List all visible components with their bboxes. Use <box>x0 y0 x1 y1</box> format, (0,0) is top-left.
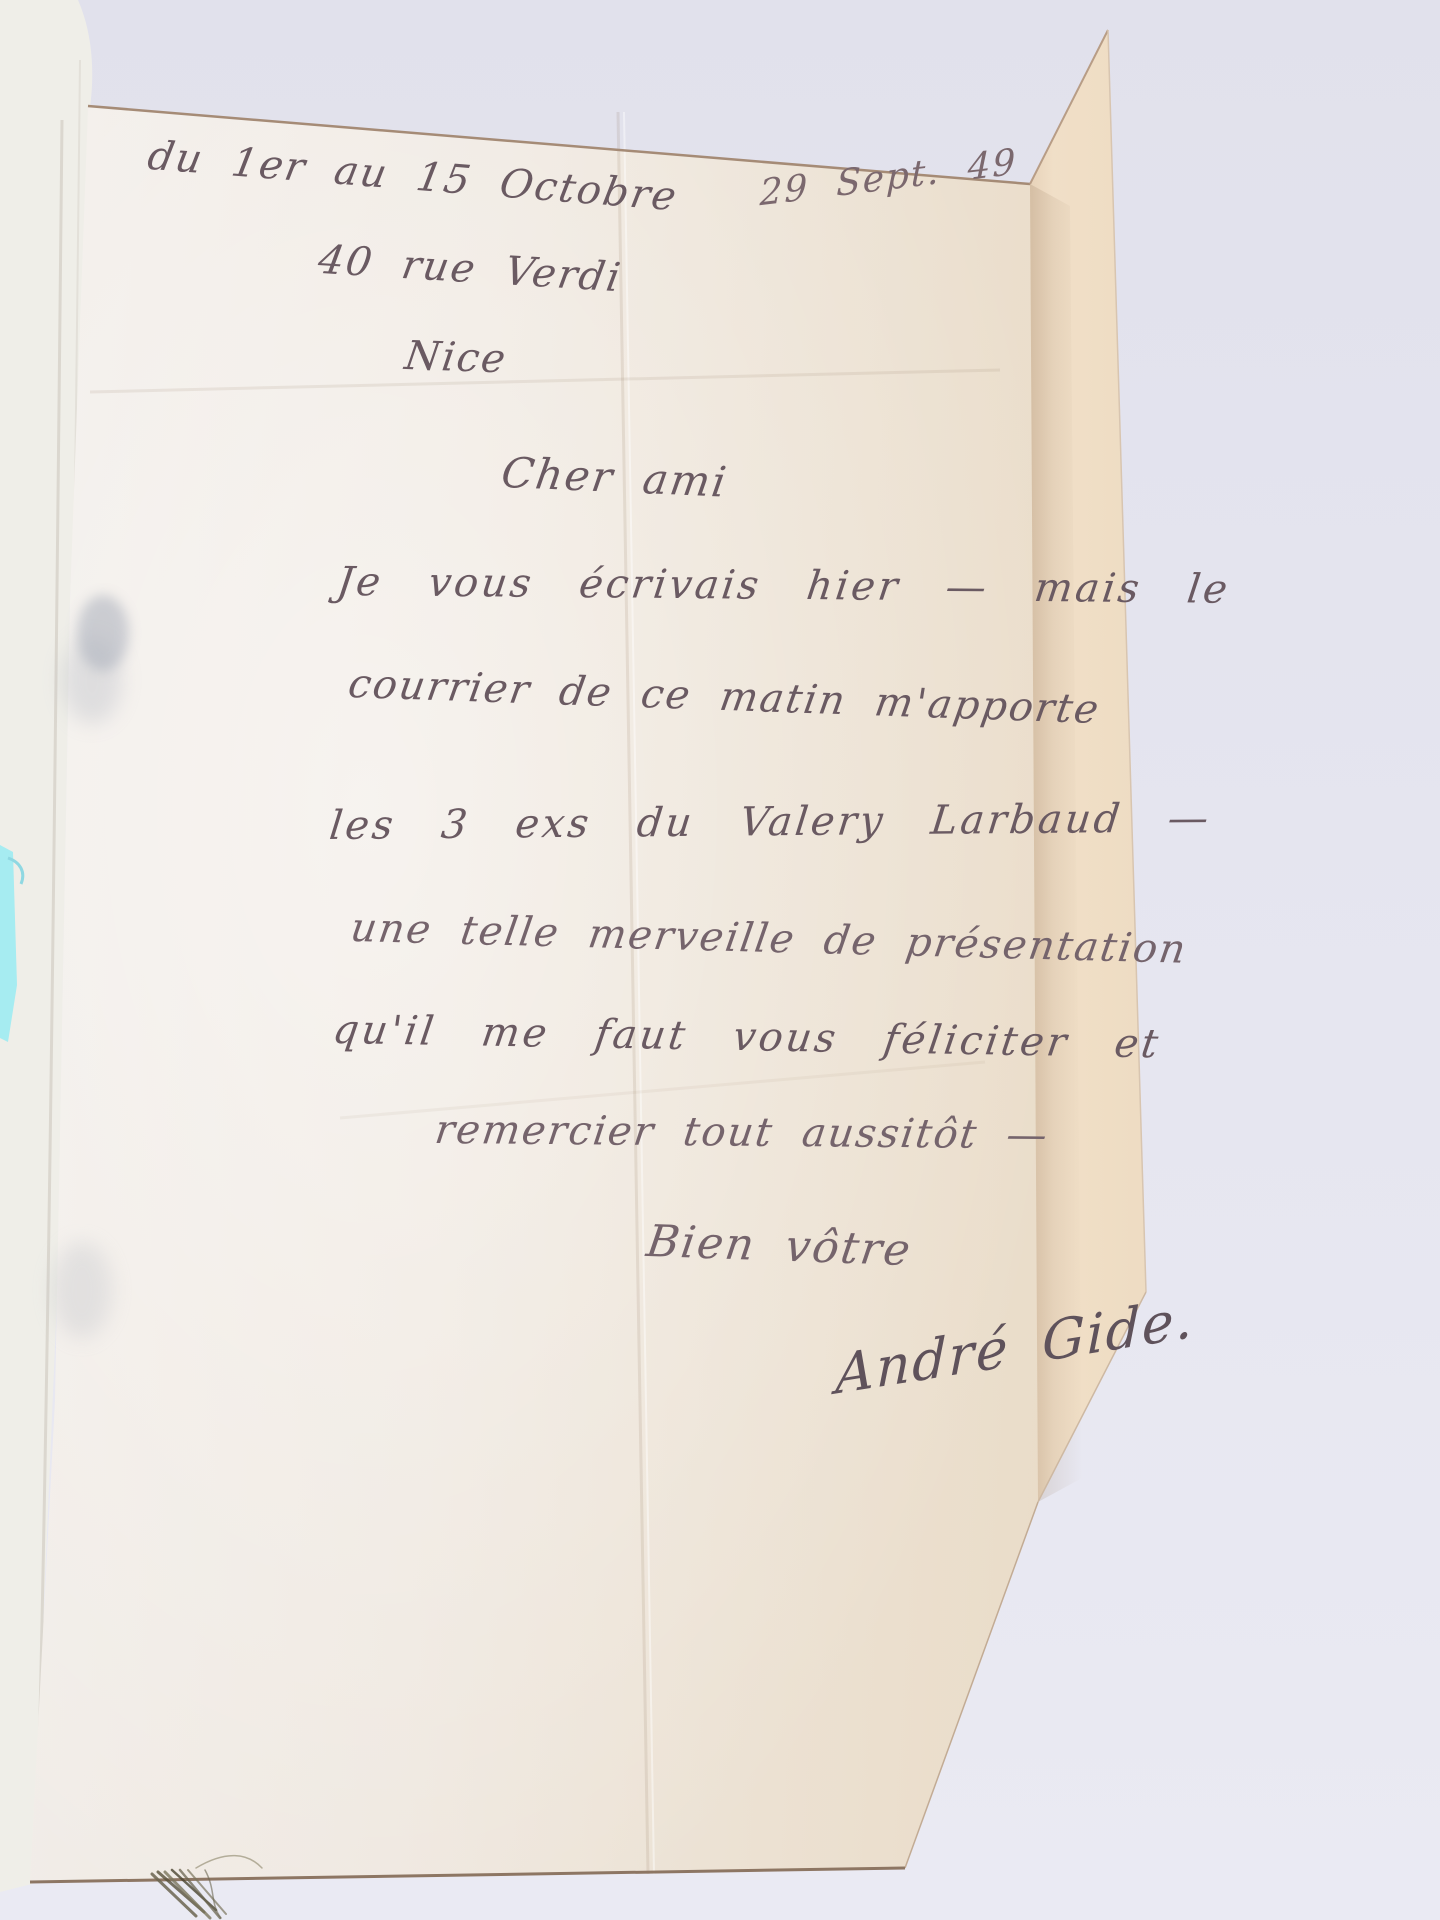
line-address: 40 rue Verdi <box>315 240 624 298</box>
line-body-3: les 3 exs du Valery Larbaud — <box>327 798 1213 846</box>
photo-of-handwritten-letter: du 1er au 15 Octobre 40 rue Verdi Nice 2… <box>0 0 1440 1920</box>
line-stay-dates: du 1er au 15 Octobre <box>145 136 681 217</box>
line-body-2: courrier de ce matin m'apporte <box>346 664 1103 730</box>
line-body-4: une telle merveille de présentation <box>348 908 1190 970</box>
line-date: 29 Sept. 49 <box>759 144 1017 212</box>
line-body-6: remercier tout aussitôt — <box>433 1110 1052 1155</box>
line-city: Nice <box>402 336 509 379</box>
line-closing: Bien vôtre <box>644 1220 915 1273</box>
line-body-5: qu'il me faut vous féliciter et <box>330 1010 1163 1064</box>
line-salutation: Cher ami <box>499 452 731 504</box>
handwriting-layer: du 1er au 15 Octobre 40 rue Verdi Nice 2… <box>0 0 1440 1920</box>
line-signature: André Gide. <box>835 1291 1195 1403</box>
line-body-1: Je vous écrivais hier — mais le <box>335 562 1233 610</box>
